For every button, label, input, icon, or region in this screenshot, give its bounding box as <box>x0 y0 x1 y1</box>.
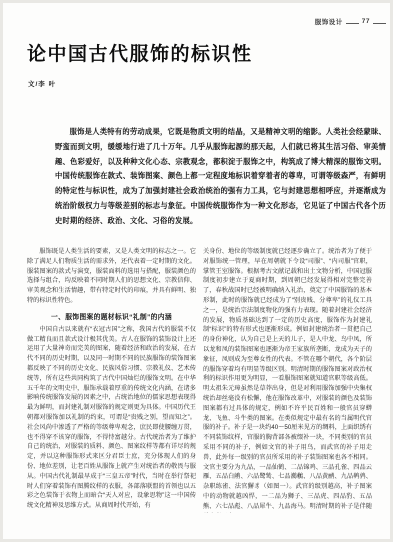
section-heading-1: 一、服饰图案的题材标识“礼制”的内涵 <box>27 311 196 321</box>
right-column: 关身份、地位的等级制度就已经逐步确立了。统治者为了便于对服饰统一管理，早在周朝就… <box>203 247 372 513</box>
header-rule-right <box>373 23 386 24</box>
paragraph-section-1: 中国自古以来就有“衣冠古国”之称，我国古代的服装不仅做工精良而且款式设计极其优美… <box>27 325 196 511</box>
paragraph-intro: 服饰既是人类生活的要素，又是人类文明的标志之一。它除了满足人们物质生活的需求外，… <box>27 247 196 306</box>
article-title: 论中国古代服饰的标识性 <box>27 39 253 66</box>
page-header: 服饰设计 77 <box>315 17 386 26</box>
header-section-label: 服饰设计 <box>315 17 343 26</box>
body-columns: 服饰既是人类生活的要素，又是人类文明的标志之一。它除了满足人们物质生活的需求外，… <box>27 247 372 513</box>
left-column: 服饰既是人类生活的要素，又是人类文明的标志之一。它除了满足人们物质生活的需求外，… <box>27 247 196 513</box>
paragraph-section-1-continued: 关身份、地位的等级制度就已经逐步确立了。统治者为了便于对服饰统一管理，早在周朝就… <box>203 247 372 513</box>
abstract-paragraph: 服饰是人类特有的劳动成果，它既是物质文明的结晶，又是精神文明的缩影。人类社会经蒙… <box>55 125 386 229</box>
header-page-number: 77 <box>362 18 370 25</box>
byline: 文/李 叶 <box>28 79 56 88</box>
header-rule-left <box>346 23 359 24</box>
article-page: 服饰设计 77 论中国古代服饰的标识性 文/李 叶 服饰是人类特有的劳动成果，它… <box>3 3 390 539</box>
